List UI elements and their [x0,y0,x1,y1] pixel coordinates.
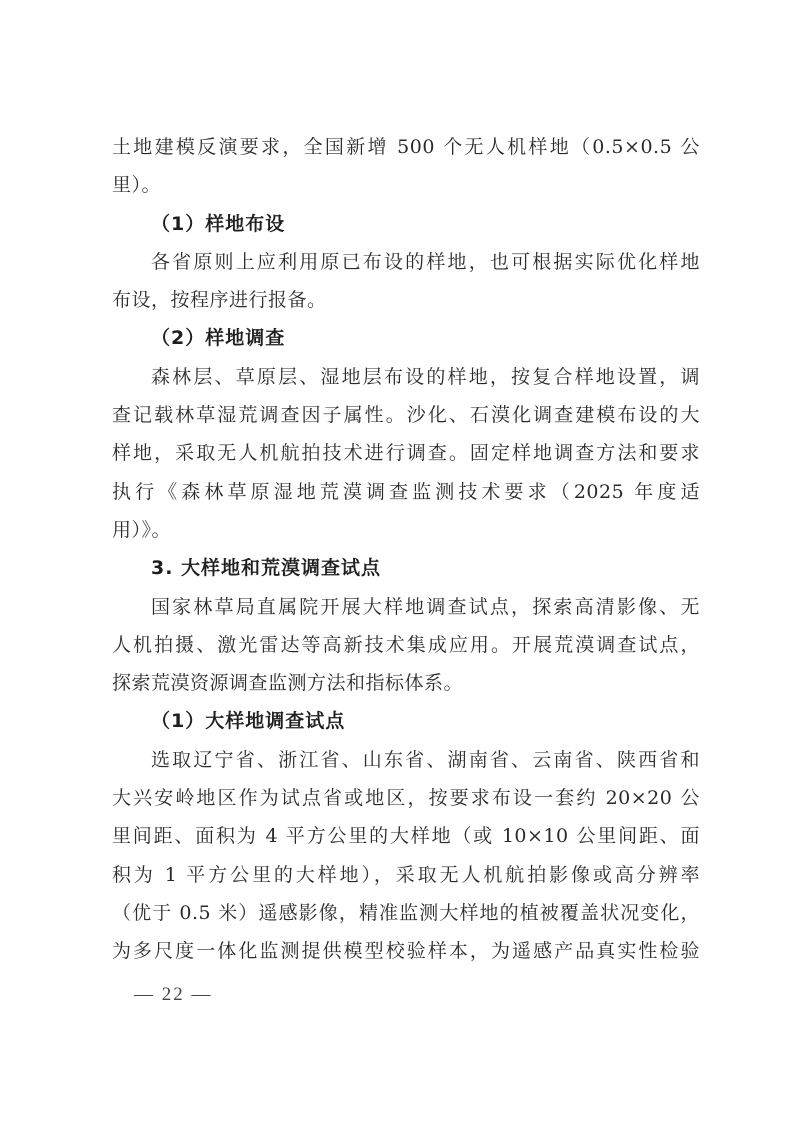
paragraph-line: 选取辽宁省、浙江省、山东省、湖南省、云南省、陕西省和 [112,741,700,779]
paragraph-line: 人机拍摄、激光雷达等高新技术集成应用。开展荒漠调查试点， [112,626,700,664]
paragraph-line: 森林层、草原层、湿地层布设的样地，按复合样地设置，调 [112,358,700,396]
paragraph-line: 积为 1 平方公里的大样地），采取无人机航拍影像或高分辨率 [112,856,700,894]
paragraph-line: 用）》。 [112,511,700,549]
paragraph-line: 里间距、面积为 4 平方公里的大样地（或 10×10 公里间距、面 [112,817,700,855]
paragraph-line: 查记载林草湿荒调查因子属性。沙化、石漠化调查建模布设的大 [112,396,700,434]
paragraph-line: 国家林草局直属院开展大样地调查试点，探索高清影像、无 [112,588,700,626]
section-heading: （1）样地布设 [112,205,700,243]
paragraph-line: 里）。 [112,166,700,204]
document-page: 土地建模反演要求，全国新增 500 个无人机样地（0.5×0.5 公 里）。 （… [0,0,793,1123]
paragraph-line: 各省原则上应利用原已布设的样地，也可根据实际优化样地 [112,243,700,281]
paragraph-line: 执行《森林草原湿地荒漠调查监测技术要求（2025 年度适 [112,473,700,511]
paragraph-line: 为多尺度一体化监测提供模型校验样本，为遥感产品真实性检验 [112,932,700,970]
section-heading: （1）大样地调查试点 [112,702,700,740]
section-heading: 3. 大样地和荒漠调查试点 [112,549,700,587]
paragraph-line: 样地，采取无人机航拍技术进行调查。固定样地调查方法和要求 [112,434,700,472]
page-number: — 22 — [134,984,213,1006]
paragraph-line: 布设，按程序进行报备。 [112,281,700,319]
body-text: 土地建模反演要求，全国新增 500 个无人机样地（0.5×0.5 公 里）。 （… [112,128,700,971]
paragraph-line: 土地建模反演要求，全国新增 500 个无人机样地（0.5×0.5 公 [112,128,700,166]
paragraph-line: 探索荒漠资源调查监测方法和指标体系。 [112,664,700,702]
section-heading: （2）样地调查 [112,319,700,357]
paragraph-line: （优于 0.5 米）遥感影像，精准监测大样地的植被覆盖状况变化， [112,894,700,932]
paragraph-line: 大兴安岭地区作为试点省或地区，按要求布设一套约 20×20 公 [112,779,700,817]
